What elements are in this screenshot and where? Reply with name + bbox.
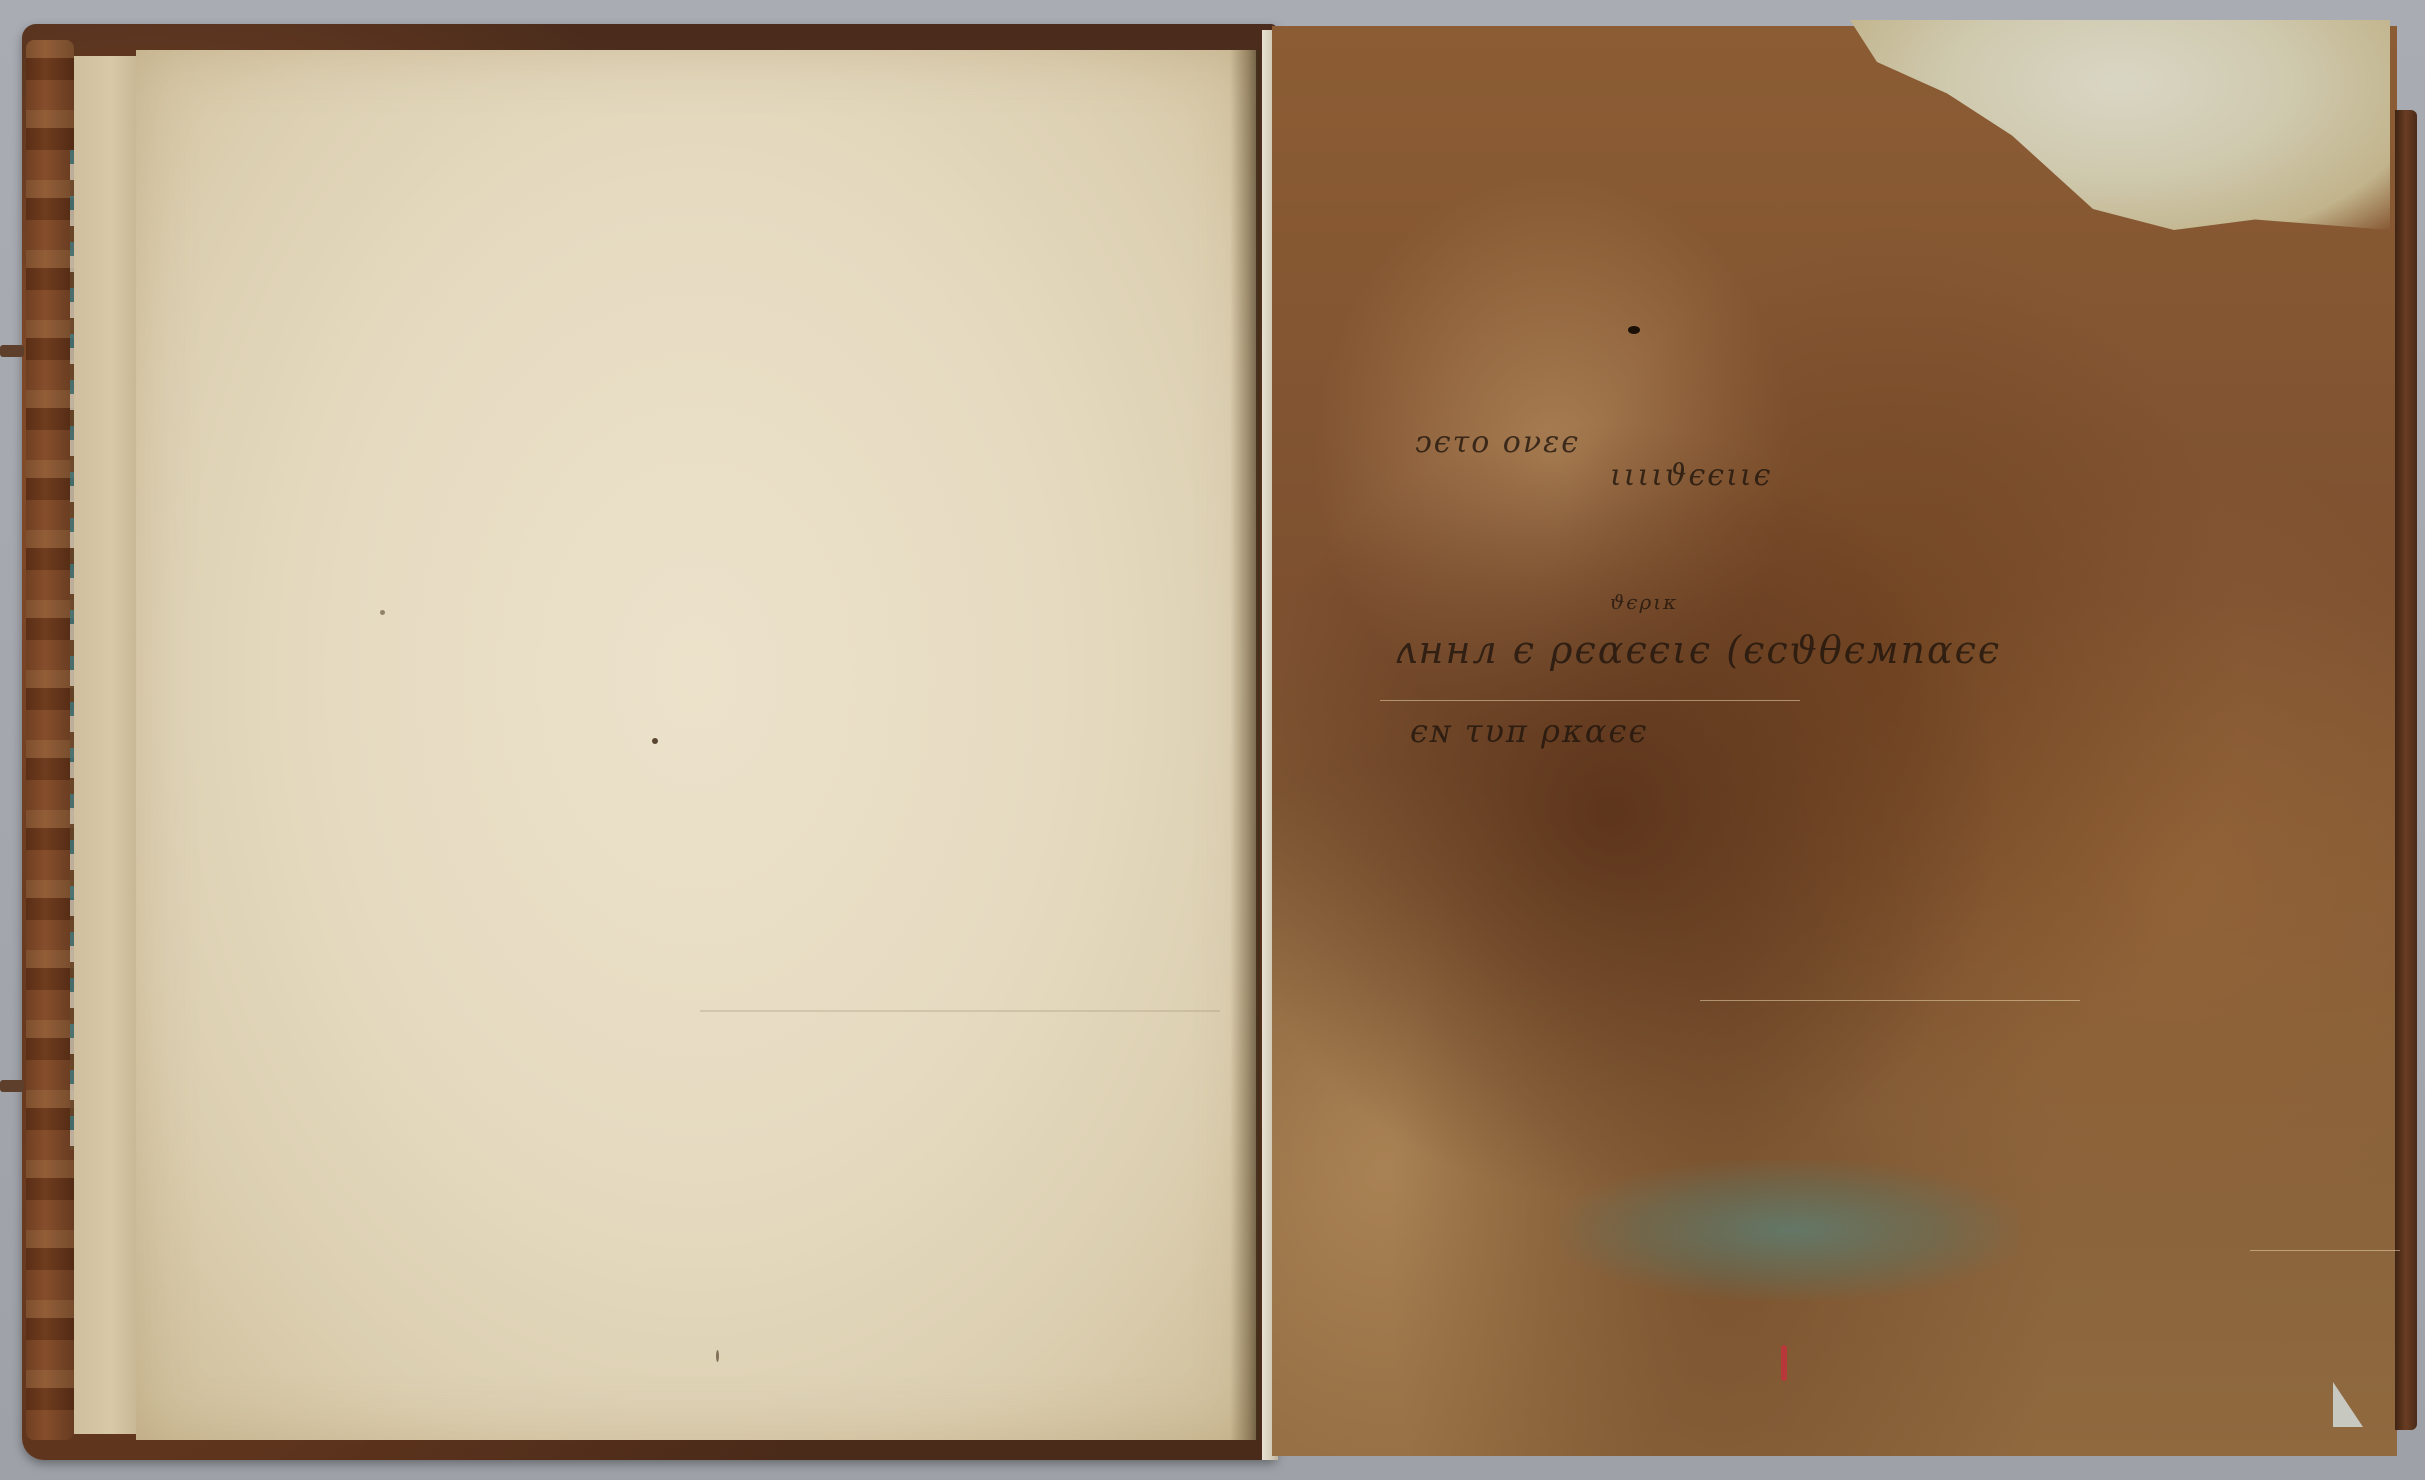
left-blank-page xyxy=(136,50,1256,1440)
ink-spot xyxy=(380,610,385,615)
page-crease xyxy=(700,1010,1220,1012)
leather-spine xyxy=(26,40,74,1440)
left-page-gutter-shadow xyxy=(1230,50,1260,1440)
book-photograph: ↄϵτο ονεϵ ιιιιϑϵϵιιϵ ϑϵρικ ʌннл ϵ ρϵαϵϵι… xyxy=(0,0,2425,1480)
inscription-line: ϑϵρικ xyxy=(1610,590,1678,614)
clasp-upper xyxy=(0,345,24,357)
right-board-edge xyxy=(2395,110,2417,1430)
ink-spot xyxy=(652,738,658,744)
verdigris-stain xyxy=(1560,1160,2020,1300)
inscription-line: ʌннл ϵ ρϵαϵϵιϵ (ϵсϑθϵмnαϵϵ xyxy=(1395,628,2001,672)
inscription-line: ϵɴ τυπ ρκαϵϵ xyxy=(1410,712,1648,750)
surface-crack xyxy=(1380,700,1800,701)
red-mark xyxy=(1781,1345,1787,1381)
surface-crack xyxy=(2250,1250,2400,1251)
inscription-line: ↄϵτο ονεϵ xyxy=(1415,425,1580,460)
surface-crack xyxy=(1700,1000,2080,1001)
ink-blot xyxy=(1628,326,1640,334)
clasp-lower xyxy=(0,1080,24,1092)
inscription-line: ιιιιϑϵϵιιϵ xyxy=(1610,458,1772,493)
ink-spot xyxy=(716,1350,719,1362)
left-flyleaf-stub xyxy=(74,56,138,1434)
